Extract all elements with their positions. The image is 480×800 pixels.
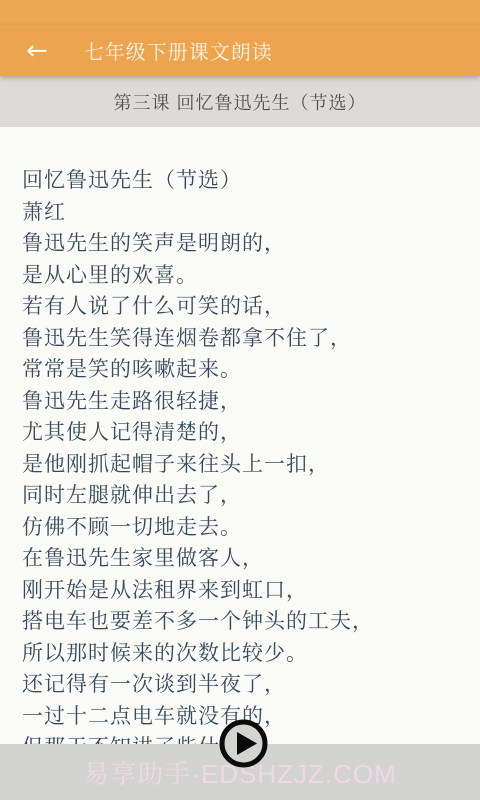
text-line: 萧红 [22,197,460,229]
text-line: 所以那时候来的次数比较少。 [22,638,460,670]
text-line: 若有人说了什么可笑的话， [22,291,460,323]
text-line: 是从心里的欢喜。 [22,260,460,292]
text-line: 在鲁迅先生家里做客人， [22,543,460,575]
text-line: 是他刚抓起帽子来往头上一扣， [22,449,460,481]
text-line: 常常是笑的咳嗽起来。 [22,354,460,386]
player-bar: 易享助手·EDSHZJZ.COM [0,744,480,800]
text-line: 回忆鲁迅先生（节选） [22,165,460,197]
text-line: 搭电车也要差不多一个钟头的工夫， [22,606,460,638]
play-button[interactable] [219,719,268,768]
text-line: 仿佛不顾一切地走去。 [22,512,460,544]
text-line: 鲁迅先生笑得连烟卷都拿不住了， [22,323,460,355]
lesson-header: 第三课 回忆鲁迅先生（节选） [0,76,480,127]
lesson-text-area: 回忆鲁迅先生（节选） 萧红 鲁迅先生的笑声是明朗的， 是从心里的欢喜。 若有人说… [0,127,480,800]
status-bar [0,0,480,25]
page-title: 七年级下册课文朗读 [84,36,273,65]
lesson-title: 第三课 回忆鲁迅先生（节选） [114,89,367,115]
play-icon [219,719,268,768]
text-line: 鲁迅先生的笑声是明朗的， [22,228,460,260]
text-line: 同时左腿就伸出去了， [22,480,460,512]
back-icon[interactable]: ← [20,36,54,66]
text-line: 鲁迅先生走路很轻捷， [22,386,460,418]
app-bar: ← 七年级下册课文朗读 [0,25,480,76]
text-line: 尤其使人记得清楚的， [22,417,460,449]
text-line: 刚开始是从法租界来到虹口， [22,575,460,607]
text-line: 还记得有一次谈到半夜了， [22,669,460,701]
